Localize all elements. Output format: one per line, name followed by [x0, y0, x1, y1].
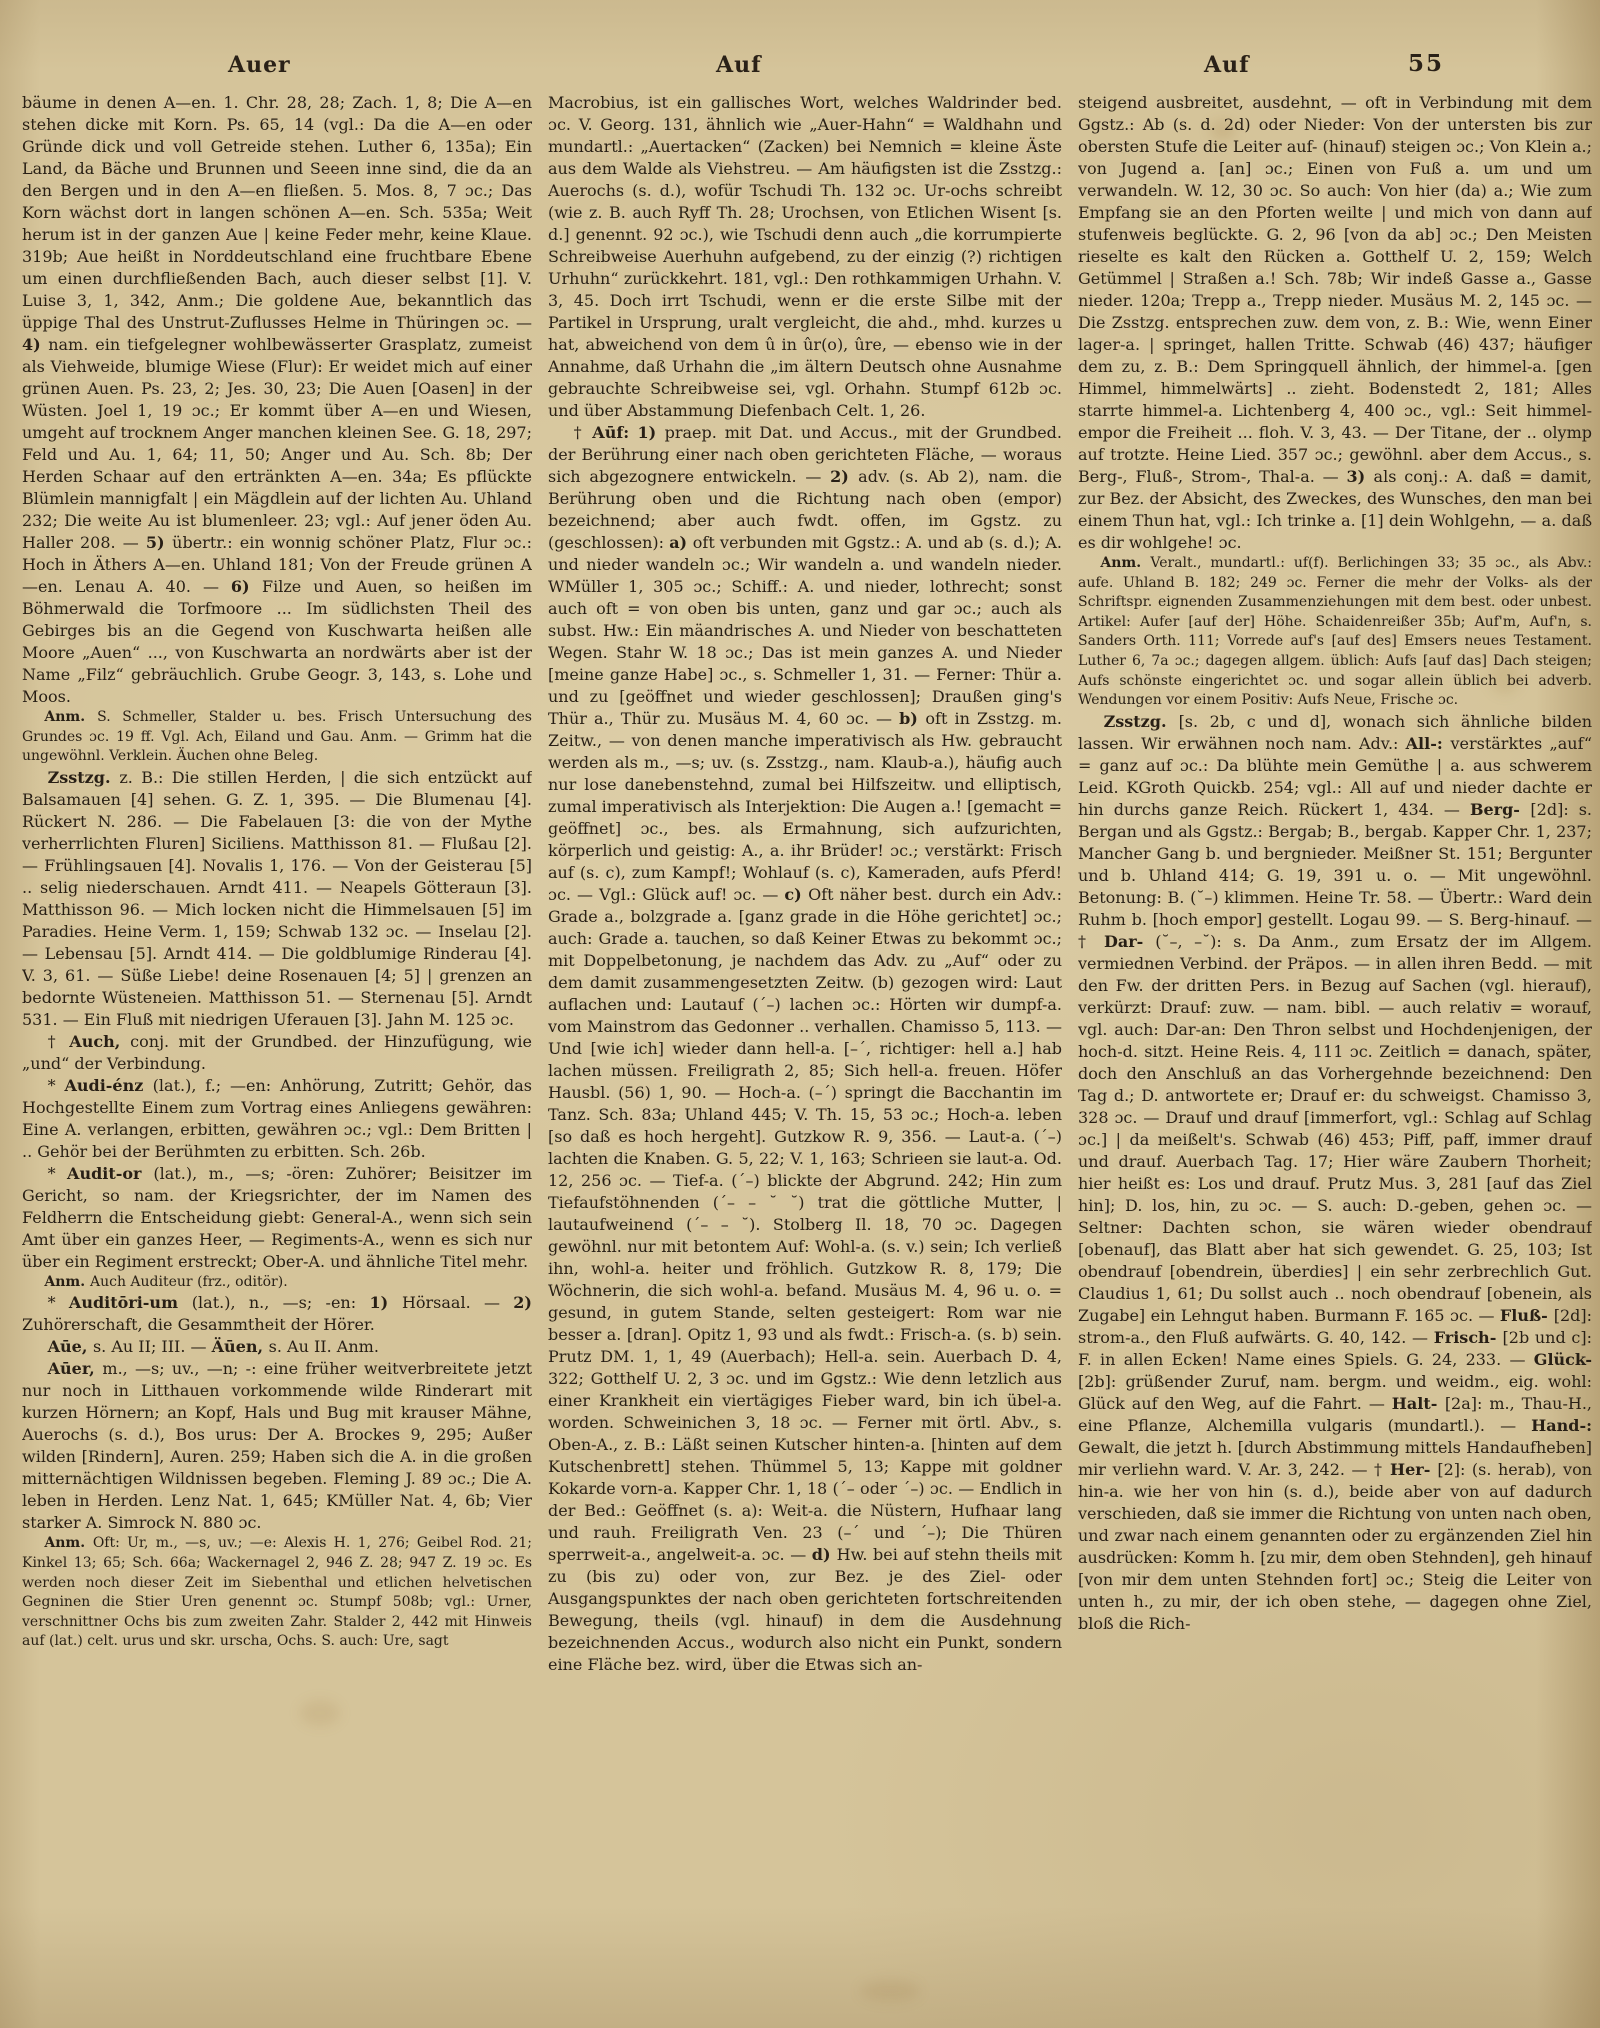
entry-headword: Berg- — [1470, 800, 1530, 819]
entry-headword: 6) — [231, 577, 262, 596]
paragraph: Aūe, s. Au II; III. — Äūen, s. Au II. An… — [22, 1336, 532, 1358]
entry-headword: Aūe, — [48, 1337, 93, 1356]
entry-headword: 5) — [146, 533, 172, 552]
entry-headword: Glück- — [1534, 1350, 1592, 1369]
running-head-left: Auer — [228, 52, 291, 78]
entry-headword: Anm. — [44, 1535, 92, 1551]
body-text: Veralt., mundartl.: uf(f). Berlichingen … — [1078, 555, 1592, 708]
body-text: Filze und Auen, so heißen im Böhmerwald … — [22, 577, 532, 706]
entry-headword: Auditōri-um — [69, 1293, 192, 1312]
body-text: S. Schmeller, Stalder u. bes. Frisch Unt… — [22, 709, 532, 764]
body-text: Hörsaal. — — [402, 1293, 513, 1312]
body-text: bäume in denen A—en. 1. Chr. 28, 28; Zac… — [22, 93, 532, 332]
entry-headword: Anm. — [44, 1274, 90, 1290]
body-text: Auch Auditeur (frz., oditör). — [90, 1274, 288, 1290]
entry-headword: Zsstzg. — [48, 768, 120, 787]
body-text: Oft näher best. durch ein Adv.: Grade a.… — [548, 885, 1062, 1564]
entry-headword: b) — [899, 709, 925, 728]
text-column-1: bäume in denen A—en. 1. Chr. 28, 28; Zac… — [22, 92, 532, 2008]
paragraph: bäume in denen A—en. 1. Chr. 28, 28; Zac… — [22, 92, 532, 708]
body-text: * — [48, 1164, 67, 1183]
running-head-right: Auf — [1204, 52, 1250, 78]
paragraph: Anm. Auch Auditeur (frz., oditör). — [22, 1273, 532, 1293]
dictionary-page: Auer Auf Auf 55 bäume in denen A—en. 1. … — [0, 0, 1600, 2028]
paragraph: Anm. Veralt., mundartl.: uf(f). Berlichi… — [1078, 554, 1592, 711]
body-text: [2d]: s. Bergan und als Ggstz.: Bergab; … — [1078, 800, 1592, 951]
paragraph: Aūer, m., —s; uv., —n; -: eine früher we… — [22, 1358, 532, 1534]
paragraph: Zsstzg. [s. 2b, c und d], wonach sich äh… — [1078, 711, 1592, 1635]
paragraph: * Audit-or (lat.), m., —s; -ören: Zuhöre… — [22, 1163, 532, 1273]
entry-headword: Frisch- — [1434, 1328, 1503, 1347]
entry-headword: Audi-énz — [64, 1076, 152, 1095]
entry-headword: 1) — [638, 423, 665, 442]
entry-headword: 4) — [22, 335, 48, 354]
paragraph: Anm. S. Schmeller, Stalder u. bes. Frisc… — [22, 708, 532, 767]
body-text: (˘–, –˘): s. Da Anm., zum Ersatz der im … — [1078, 932, 1592, 1325]
body-text: m., —s; uv., —n; -: eine früher weitverb… — [22, 1359, 532, 1532]
body-text: z. B.: Die stillen Herden, | die sich en… — [22, 768, 532, 1029]
entry-headword: Audit-or — [67, 1164, 153, 1183]
entry-headword: Fluß- — [1500, 1306, 1554, 1325]
body-text: steigend ausbreitet, ausdehnt, — oft in … — [1078, 93, 1592, 486]
body-text: oft verbunden mit Ggstz.: A. und ab (s. … — [548, 533, 1062, 728]
text-column-3: steigend ausbreitet, ausdehnt, — oft in … — [1078, 92, 1592, 2008]
body-text: † — [48, 1032, 70, 1051]
paragraph: steigend ausbreitet, ausdehnt, — oft in … — [1078, 92, 1592, 554]
entry-headword: Dar- — [1104, 932, 1155, 951]
body-text: * — [48, 1076, 65, 1095]
paragraph: Macrobius, ist ein gallisches Wort, welc… — [548, 92, 1062, 422]
entry-headword: Auch, — [69, 1032, 130, 1051]
body-text: s. Au II; III. — — [93, 1337, 212, 1356]
body-text: * — [48, 1293, 69, 1312]
entry-headword: Äūen, — [212, 1337, 269, 1356]
page-number: 55 — [1408, 50, 1444, 77]
body-text: Oft: Ur, m., —s, uv.; —e: Alexis H. 1, 2… — [22, 1535, 532, 1649]
entry-headword: c) — [784, 885, 808, 904]
entry-headword: Anm. — [1100, 555, 1150, 571]
body-text: s. Au II. Anm. — [269, 1337, 379, 1356]
entry-headword: Hand-: — [1531, 1416, 1592, 1435]
body-text: oft in Zsstzg. m. Zeitw., — von denen ma… — [548, 709, 1062, 904]
entry-headword: Anm. — [44, 709, 97, 725]
entry-headword: Her- — [1390, 1460, 1437, 1479]
paragraph: * Auditōri-um (lat.), n., —s; -en: 1) Hö… — [22, 1292, 532, 1336]
entry-headword: 3) — [1347, 467, 1374, 486]
body-text: Macrobius, ist ein gallisches Wort, welc… — [548, 93, 1062, 420]
body-text: nam. ein tiefgelegner wohlbewässerter Gr… — [22, 335, 532, 552]
running-head-center: Auf — [716, 52, 762, 78]
entry-headword: a) — [669, 533, 693, 552]
entry-headword: Zsstzg. — [1104, 712, 1179, 731]
body-text: (lat.), n., —s; -en: — [192, 1293, 370, 1312]
entry-headword: All-: — [1406, 734, 1451, 753]
entry-headword: Halt- — [1392, 1394, 1445, 1413]
entry-headword: Aūf: — [592, 423, 637, 442]
entry-headword: 1) — [369, 1293, 402, 1312]
text-column-2: Macrobius, ist ein gallisches Wort, welc… — [548, 92, 1062, 2008]
paragraph: † Auch, conj. mit der Grundbed. der Hinz… — [22, 1031, 532, 1075]
entry-headword: d) — [812, 1545, 837, 1564]
paragraph: Zsstzg. z. B.: Die stillen Herden, | die… — [22, 767, 532, 1031]
body-text: Zuhörerschaft, die Gesammtheit der Hörer… — [22, 1315, 375, 1334]
entry-headword: 2) — [513, 1293, 532, 1312]
entry-headword: Aūer, — [48, 1359, 103, 1378]
paragraph: Anm. Oft: Ur, m., —s, uv.; —e: Alexis H.… — [22, 1534, 532, 1652]
paragraph: * Audi-énz (lat.), f.; —en: Anhörung, Zu… — [22, 1075, 532, 1163]
body-text: † — [574, 423, 593, 442]
body-text: Hw. bei auf stehn theils mit zu (bis zu)… — [548, 1545, 1062, 1674]
paragraph: † Aūf: 1) praep. mit Dat. und Accus., mi… — [548, 422, 1062, 1676]
entry-headword: 2) — [830, 467, 858, 486]
body-text: [2]: (s. herab), von hin-a. wie her von … — [1078, 1460, 1592, 1633]
